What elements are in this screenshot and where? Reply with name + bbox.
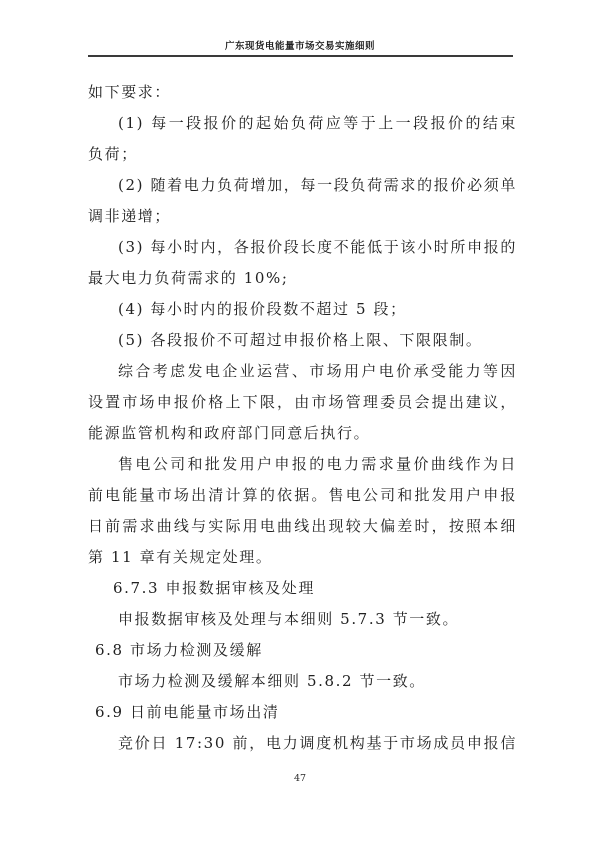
text-line: 市场力检测及缓解本细则 5.8.2 节一致。 (88, 666, 517, 697)
section-heading: 6.8 市场力检测及缓解 (88, 635, 517, 666)
text-line: 竞价日 17:30 前，电力调度机构基于市场成员申报信息 (88, 728, 517, 759)
text-line: 申报数据审核及处理与本细则 5.7.3 节一致。 (88, 604, 517, 635)
header-rule (88, 55, 513, 57)
text-line: (5) 各段报价不可超过申报价格上限、下限限制。 (88, 325, 517, 356)
text-line: 最大电力负荷需求的 10%; (88, 263, 517, 294)
text-line: 前电能量市场出清计算的依据。售电公司和批发用户申报的 (88, 480, 517, 511)
text-line: 如下要求： (88, 77, 517, 108)
text-line: 能源监管机构和政府部门同意后执行。 (88, 418, 517, 449)
text-line: (4) 每小时内的报价段数不超过 5 段； (88, 294, 517, 325)
text-line: (3) 每小时内，各报价段长度不能低于该小时所申报的 (88, 232, 517, 263)
page-number: 47 (294, 773, 306, 784)
text-line: (1) 每一段报价的起始负荷应等于上一段报价的结束 (88, 108, 517, 139)
document-body: 如下要求：(1) 每一段报价的起始负荷应等于上一段报价的结束负荷；(2) 随着电… (88, 77, 517, 759)
page-footer: 47 (0, 773, 600, 784)
text-line: 售电公司和批发用户申报的电力需求量价曲线作为日 (88, 449, 517, 480)
text-line: 调非递增； (88, 201, 517, 232)
text-line: (2) 随着电力负荷增加，每一段负荷需求的报价必须单 (88, 170, 517, 201)
text-line: 综合考虑发电企业运营、市场用户电价承受能力等因素， (88, 356, 517, 387)
section-heading: 6.9 日前电能量市场出清 (88, 697, 517, 728)
section-heading: 6.7.3 申报数据审核及处理 (88, 573, 517, 604)
document-page: 广东现货电能量市场交易实施细则 如下要求：(1) 每一段报价的起始负荷应等于上一… (0, 0, 600, 848)
header-title: 广东现货电能量市场交易实施细则 (0, 38, 600, 52)
text-line: 负荷； (88, 139, 517, 170)
text-line: 日前需求曲线与实际用电曲线出现较大偏差时，按照本细则 (88, 511, 517, 542)
text-line: 设置市场申报价格上下限，由市场管理委员会提出建议，经 (88, 387, 517, 418)
text-line: 第 11 章有关规定处理。 (88, 542, 517, 573)
